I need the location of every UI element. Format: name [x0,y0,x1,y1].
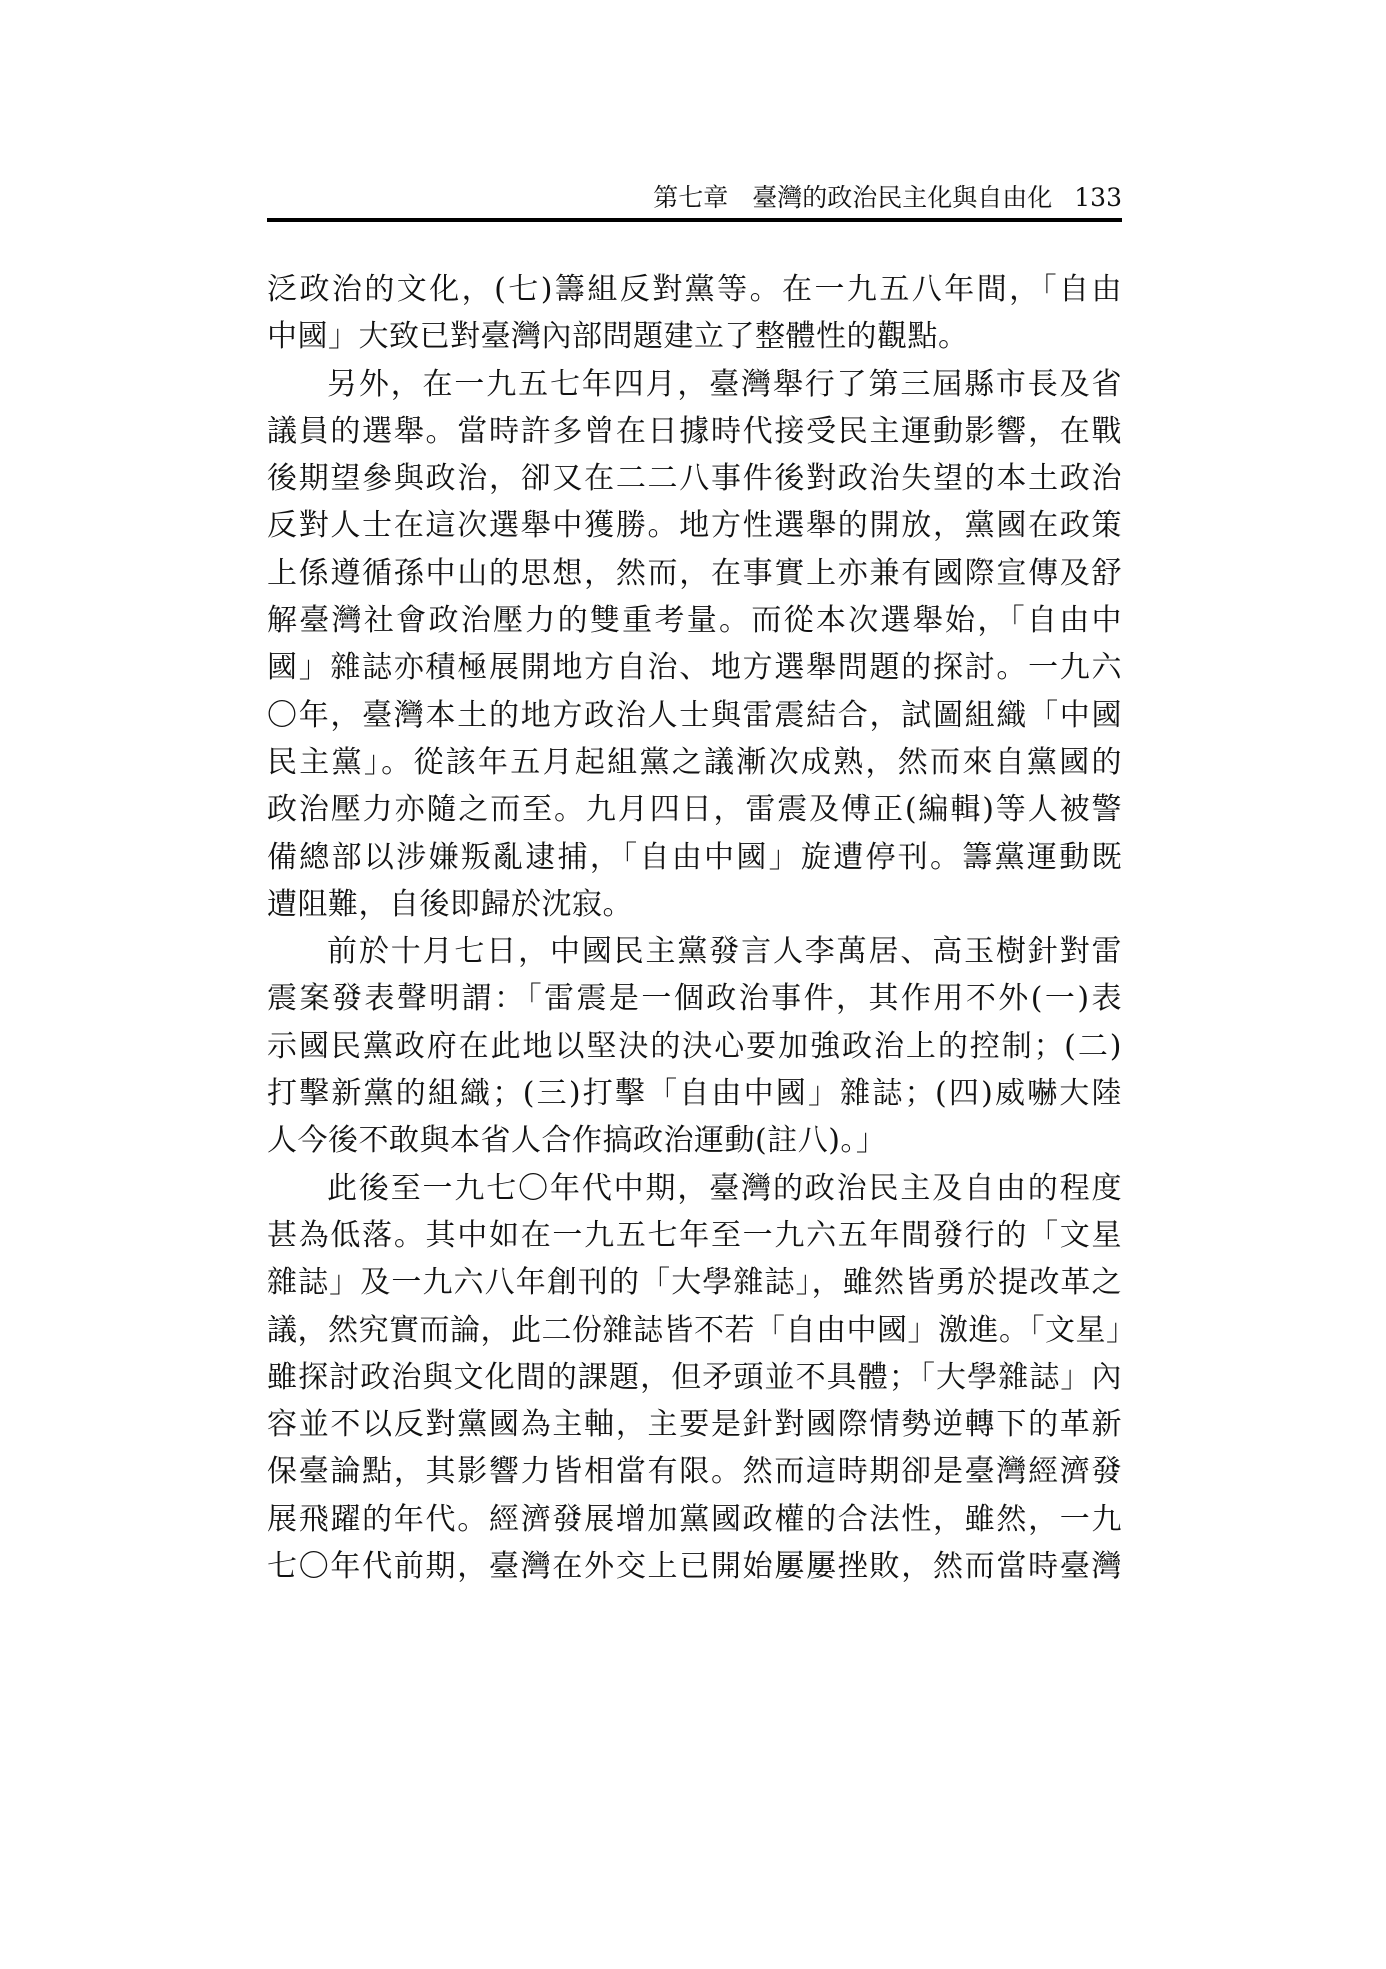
text-line: 甚為低落。其中如在一九五七年至一九六五年間發行的「文星 [267,1212,1122,1259]
text-line: 容並不以反對黨國為主軸，主要是針對國際情勢逆轉下的革新 [267,1401,1122,1448]
text-line: 國」雜誌亦積極展開地方自治、地方選舉問題的探討。一九六 [267,644,1122,691]
text-line: 保臺論點，其影響力皆相當有限。然而這時期卻是臺灣經濟發 [267,1448,1122,1495]
text-line: 七〇年代前期，臺灣在外交上已開始屢屢挫敗，然而當時臺灣 [267,1543,1122,1590]
text-line: 示國民黨政府在此地以堅決的決心要加強政治上的控制；(二) [267,1023,1122,1070]
text-line: 上係遵循孫中山的思想，然而，在事實上亦兼有國際宣傳及舒 [267,550,1122,597]
text-line: 議，然究實而論，此二份雜誌皆不若「自由中國」激進。「文星」 [267,1307,1122,1354]
text-line: 另外，在一九五七年四月，臺灣舉行了第三屆縣市長及省 [267,361,1122,408]
text-line: 此後至一九七〇年代中期，臺灣的政治民主及自由的程度 [267,1165,1122,1212]
text-line: 人今後不敢與本省人合作搞政治運動(註八)。」 [267,1117,1122,1164]
chapter-title: 臺灣的政治民主化與自由化 [752,183,1052,212]
text-line: 雖探討政治與文化間的課題，但矛頭並不具體；「大學雜誌」內 [267,1354,1122,1401]
text-line: 後期望參與政治，卻又在二二八事件後對政治失望的本土政治 [267,455,1122,502]
text-line: 反對人士在這次選舉中獲勝。地方性選舉的開放，黨國在政策 [267,502,1122,549]
text-line: 解臺灣社會政治壓力的雙重考量。而從本次選舉始，「自由中 [267,597,1122,644]
header-rule [267,218,1122,222]
body-text: 泛政治的文化，(七)籌組反對黨等。在一九五八年間，「自由 中國」大致已對臺灣內部… [267,266,1122,1590]
text-line: 政治壓力亦隨之而至。九月四日，雷震及傅正(編輯)等人被警 [267,786,1122,833]
chapter-label: 第七章 [653,183,728,212]
text-line: 前於十月七日，中國民主黨發言人李萬居、高玉樹針對雷 [267,928,1122,975]
text-line: 〇年，臺灣本土的地方政治人士與雷震結合，試圖組織「中國 [267,692,1122,739]
text-line: 展飛躍的年代。經濟發展增加黨國政權的合法性，雖然，一九 [267,1496,1122,1543]
text-line: 打擊新黨的組織；(三)打擊「自由中國」雜誌；(四)威嚇大陸 [267,1070,1122,1117]
text-line: 遭阻難，自後即歸於沈寂。 [267,881,1122,928]
text-line: 備總部以涉嫌叛亂逮捕，「自由中國」旋遭停刊。籌黨運動既 [267,834,1122,881]
text-line: 中國」大致已對臺灣內部問題建立了整體性的觀點。 [267,313,1122,360]
text-line: 民主黨」。從該年五月起組黨之議漸次成熟，然而來自黨國的 [267,739,1122,786]
text-line: 雜誌」及一九六八年創刊的「大學雜誌」，雖然皆勇於提改革之 [267,1259,1122,1306]
page-number: 133 [1074,183,1122,212]
text-line: 議員的選舉。當時許多曾在日據時代接受民主運動影響，在戰 [267,408,1122,455]
text-line: 震案發表聲明謂：「雷震是一個政治事件，其作用不外(一)表 [267,975,1122,1022]
text-line: 泛政治的文化，(七)籌組反對黨等。在一九五八年間，「自由 [267,266,1122,313]
running-head: 第七章臺灣的政治民主化與自由化133 [653,180,1122,216]
